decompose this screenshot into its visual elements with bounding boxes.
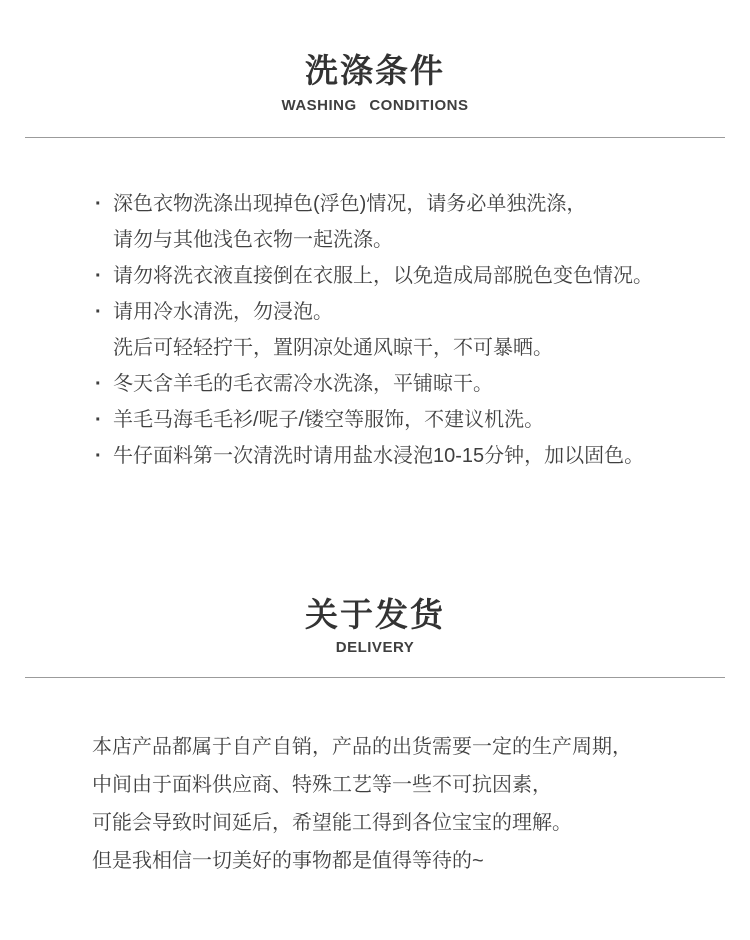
list-item: · 牛仔面料第一次清洗时请用盐水浸泡10-15分钟，加以固色。 bbox=[95, 438, 710, 474]
divider bbox=[25, 677, 725, 678]
washing-conditions-title: 洗涤条件 bbox=[0, 54, 750, 88]
product-care-info-page: 洗涤条件 WASHING CONDITIONS · 深色衣物洗涤出现掉色(浮色)… bbox=[0, 0, 750, 940]
bullet-icon: · bbox=[95, 258, 113, 294]
delivery-paragraph: 本店产品都属于自产自销，产品的出货需要一定的生产周期， 中间由于面料供应商、特殊… bbox=[92, 728, 710, 880]
bullet-icon: · bbox=[95, 294, 113, 330]
divider bbox=[25, 137, 725, 138]
washing-instructions-list: · 深色衣物洗涤出现掉色(浮色)情况，请务必单独洗涤， 请勿与其他浅色衣物一起洗… bbox=[0, 186, 750, 474]
list-item: · 请勿将洗衣液直接倒在衣服上，以免造成局部脱色变色情况。 bbox=[95, 258, 710, 294]
list-item-text: 羊毛马海毛毛衫/呢子/镂空等服饰，不建议机洗。 bbox=[113, 402, 710, 438]
paragraph-line: 本店产品都属于自产自销，产品的出货需要一定的生产周期， bbox=[92, 728, 710, 766]
list-item-text: 请用冷水清洗，勿浸泡。 bbox=[113, 294, 710, 330]
list-item: · 请用冷水清洗，勿浸泡。 洗后可轻轻拧干，置阴凉处通风晾干，不可暴晒。 bbox=[95, 294, 710, 366]
list-item-text: 牛仔面料第一次清洗时请用盐水浸泡10-15分钟，加以固色。 bbox=[113, 438, 710, 474]
washing-conditions-header: 洗涤条件 WASHING CONDITIONS bbox=[0, 0, 750, 114]
delivery-subtitle: DELIVERY bbox=[0, 640, 750, 656]
list-item-text: 冬天含羊毛的毛衣需冷水洗涤，平铺晾干。 bbox=[113, 366, 710, 402]
list-item: · 深色衣物洗涤出现掉色(浮色)情况，请务必单独洗涤， 请勿与其他浅色衣物一起洗… bbox=[95, 186, 710, 258]
list-item: · 冬天含羊毛的毛衣需冷水洗涤，平铺晾干。 bbox=[95, 366, 710, 402]
delivery-header: 关于发货 DELIVERY bbox=[0, 598, 750, 656]
paragraph-line: 可能会导致时间延后，希望能工得到各位宝宝的理解。 bbox=[92, 804, 710, 842]
washing-conditions-subtitle: WASHING CONDITIONS bbox=[0, 98, 750, 114]
list-item-text: 深色衣物洗涤出现掉色(浮色)情况，请务必单独洗涤， bbox=[113, 186, 710, 222]
delivery-title: 关于发货 bbox=[0, 598, 750, 632]
list-item-text-continued: 请勿与其他浅色衣物一起洗涤。 bbox=[113, 222, 710, 258]
bullet-icon: · bbox=[95, 186, 113, 222]
paragraph-line: 中间由于面料供应商、特殊工艺等一些不可抗因素， bbox=[92, 766, 710, 804]
list-item: · 羊毛马海毛毛衫/呢子/镂空等服饰，不建议机洗。 bbox=[95, 402, 710, 438]
bullet-icon: · bbox=[95, 438, 113, 474]
list-item-text-continued: 洗后可轻轻拧干，置阴凉处通风晾干，不可暴晒。 bbox=[113, 330, 710, 366]
bullet-icon: · bbox=[95, 366, 113, 402]
paragraph-line: 但是我相信一切美好的事物都是值得等待的~ bbox=[92, 842, 710, 880]
bullet-icon: · bbox=[95, 402, 113, 438]
list-item-text: 请勿将洗衣液直接倒在衣服上，以免造成局部脱色变色情况。 bbox=[113, 258, 710, 294]
